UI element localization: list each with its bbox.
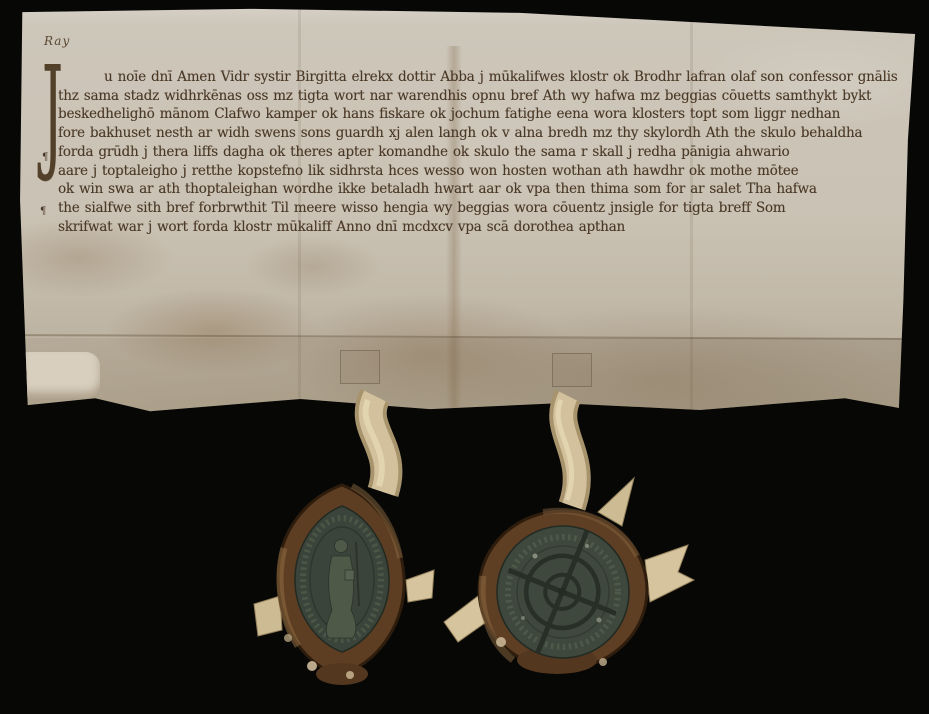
rim-chip xyxy=(307,661,317,671)
speck xyxy=(597,618,602,623)
rim-chip xyxy=(496,637,506,647)
tag-end-left-seal-bottom xyxy=(254,596,282,636)
rim-chip xyxy=(599,658,607,666)
speck xyxy=(533,554,538,559)
rim-chip xyxy=(284,634,292,642)
rim-chip xyxy=(346,671,354,679)
tag-end-right xyxy=(645,545,694,602)
seals-and-tags xyxy=(0,0,929,714)
left-wax-seal xyxy=(278,485,404,685)
photo-scene: Ray J ¶ ¶ u noīe dnī Amen Vidr systir Bi… xyxy=(0,0,929,714)
speck xyxy=(585,544,589,548)
right-wax-seal xyxy=(479,509,647,675)
wax-drip xyxy=(316,663,368,685)
speck xyxy=(521,616,525,620)
right-seal-strap xyxy=(558,396,577,506)
tag-end-left-seal-right xyxy=(406,570,434,602)
left-seal-strap xyxy=(366,396,387,492)
